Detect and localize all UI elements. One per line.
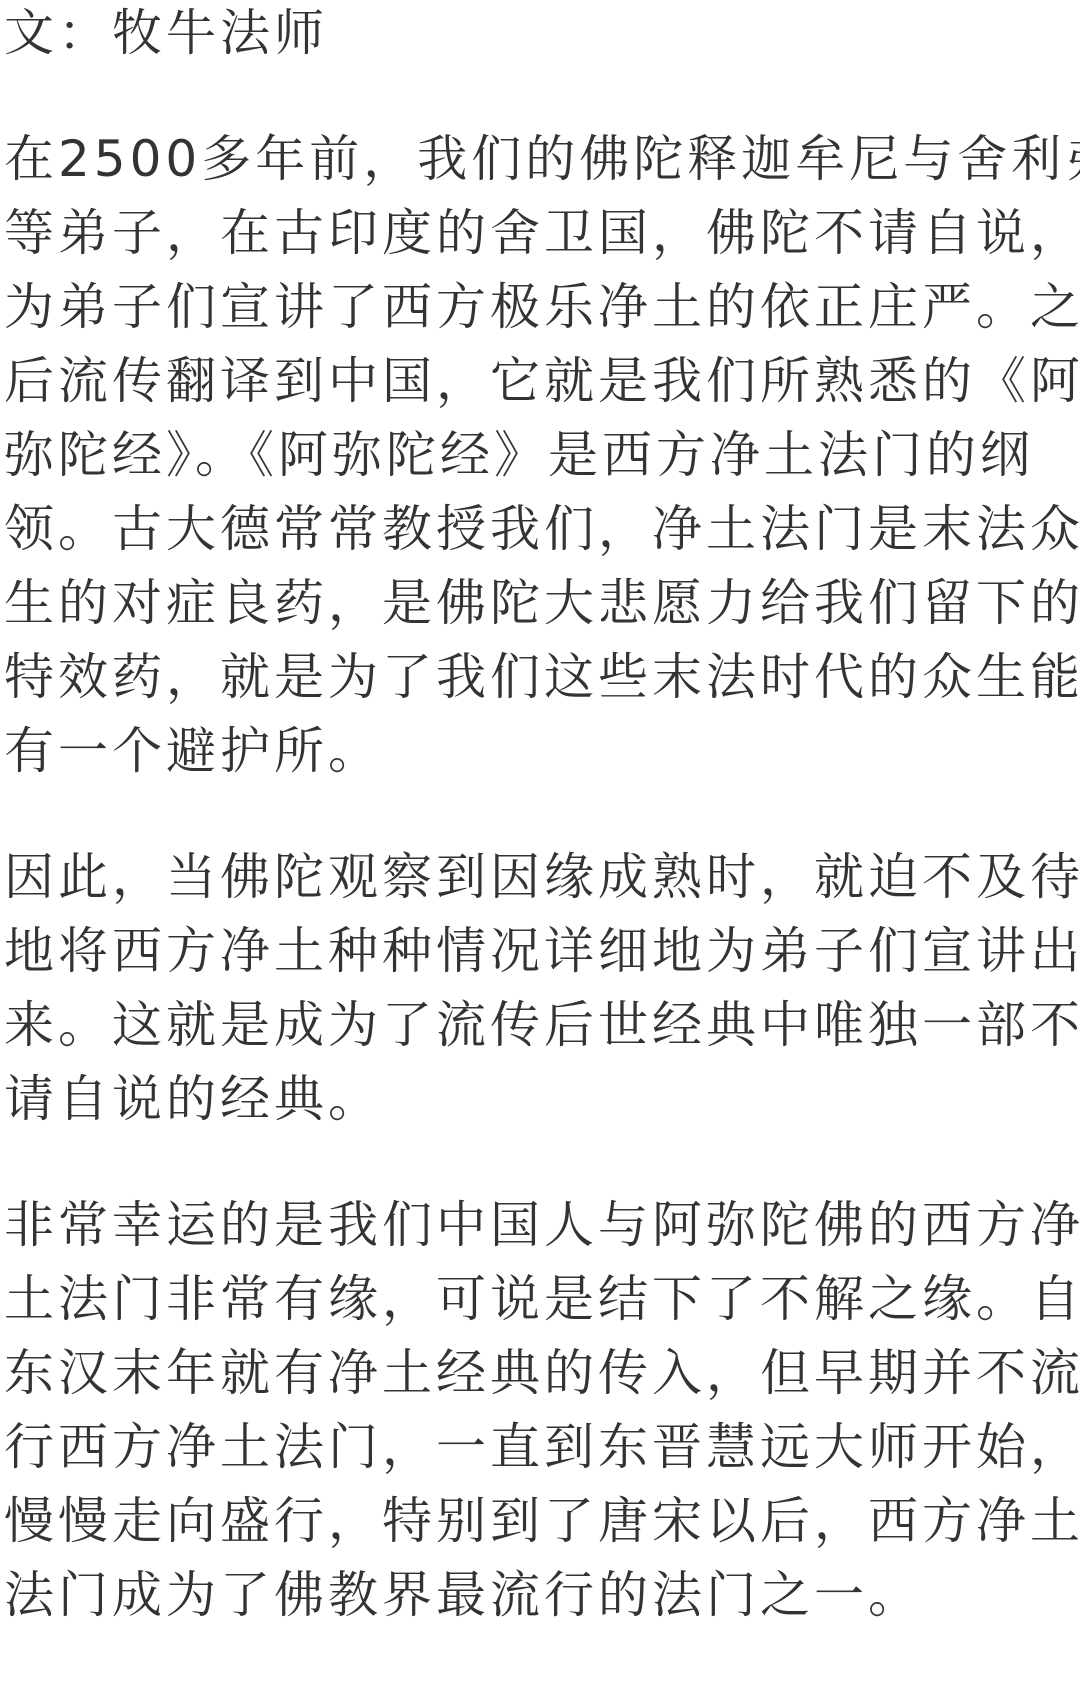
text-line: 来。这就是成为了流传后世经典中唯独一部不 [4, 988, 1080, 1062]
text-line: 弥陀经》。《阿弥陀经》是西方净土法门的纲 [4, 418, 1080, 492]
text-line: 等弟子，在古印度的舍卫国，佛陀不请自说， [4, 196, 1080, 270]
text-line: 在2500多年前，我们的佛陀释迦牟尼与舍利弗 [4, 122, 1080, 196]
text-line: 非常幸运的是我们中国人与阿弥陀佛的西方净 [4, 1188, 1080, 1262]
paragraph-gap [4, 70, 1080, 122]
text-line: 法门成为了佛教界最流行的法门之一。 [4, 1558, 1080, 1632]
author-line: 文：牧牛法师 [4, 0, 1080, 70]
text-line: 领。古大德常常教授我们，净土法门是末法众 [4, 492, 1080, 566]
paragraph-1: 在2500多年前，我们的佛陀释迦牟尼与舍利弗 等弟子，在古印度的舍卫国，佛陀不请… [4, 122, 1080, 788]
paragraph-gap [4, 1136, 1080, 1188]
text-line: 土法门非常有缘，可说是结下了不解之缘。自 [4, 1262, 1080, 1336]
text-line: 行西方净土法门，一直到东晋慧远大师开始， [4, 1410, 1080, 1484]
text-line: 为弟子们宣讲了西方极乐净土的依正庄严。之 [4, 270, 1080, 344]
article: 文：牧牛法师 在2500多年前，我们的佛陀释迦牟尼与舍利弗 等弟子，在古印度的舍… [0, 0, 1080, 1632]
text-line: 东汉末年就有净土经典的传入，但早期并不流 [4, 1336, 1080, 1410]
paragraph-2: 因此，当佛陀观察到因缘成熟时，就迫不及待 地将西方净土种种情况详细地为弟子们宣讲… [4, 840, 1080, 1136]
text-line: 请自说的经典。 [4, 1062, 1080, 1136]
text-line: 因此，当佛陀观察到因缘成熟时，就迫不及待 [4, 840, 1080, 914]
text-line: 生的对症良药，是佛陀大悲愿力给我们留下的 [4, 566, 1080, 640]
text-line: 特效药，就是为了我们这些末法时代的众生能 [4, 640, 1080, 714]
text-line: 慢慢走向盛行，特别到了唐宋以后，西方净土 [4, 1484, 1080, 1558]
text-line: 有一个避护所。 [4, 714, 1080, 788]
text-line: 地将西方净土种种情况详细地为弟子们宣讲出 [4, 914, 1080, 988]
text-line: 后流传翻译到中国，它就是我们所熟悉的《阿 [4, 344, 1080, 418]
paragraph-3: 非常幸运的是我们中国人与阿弥陀佛的西方净 土法门非常有缘，可说是结下了不解之缘。… [4, 1188, 1080, 1632]
paragraph-gap [4, 788, 1080, 840]
